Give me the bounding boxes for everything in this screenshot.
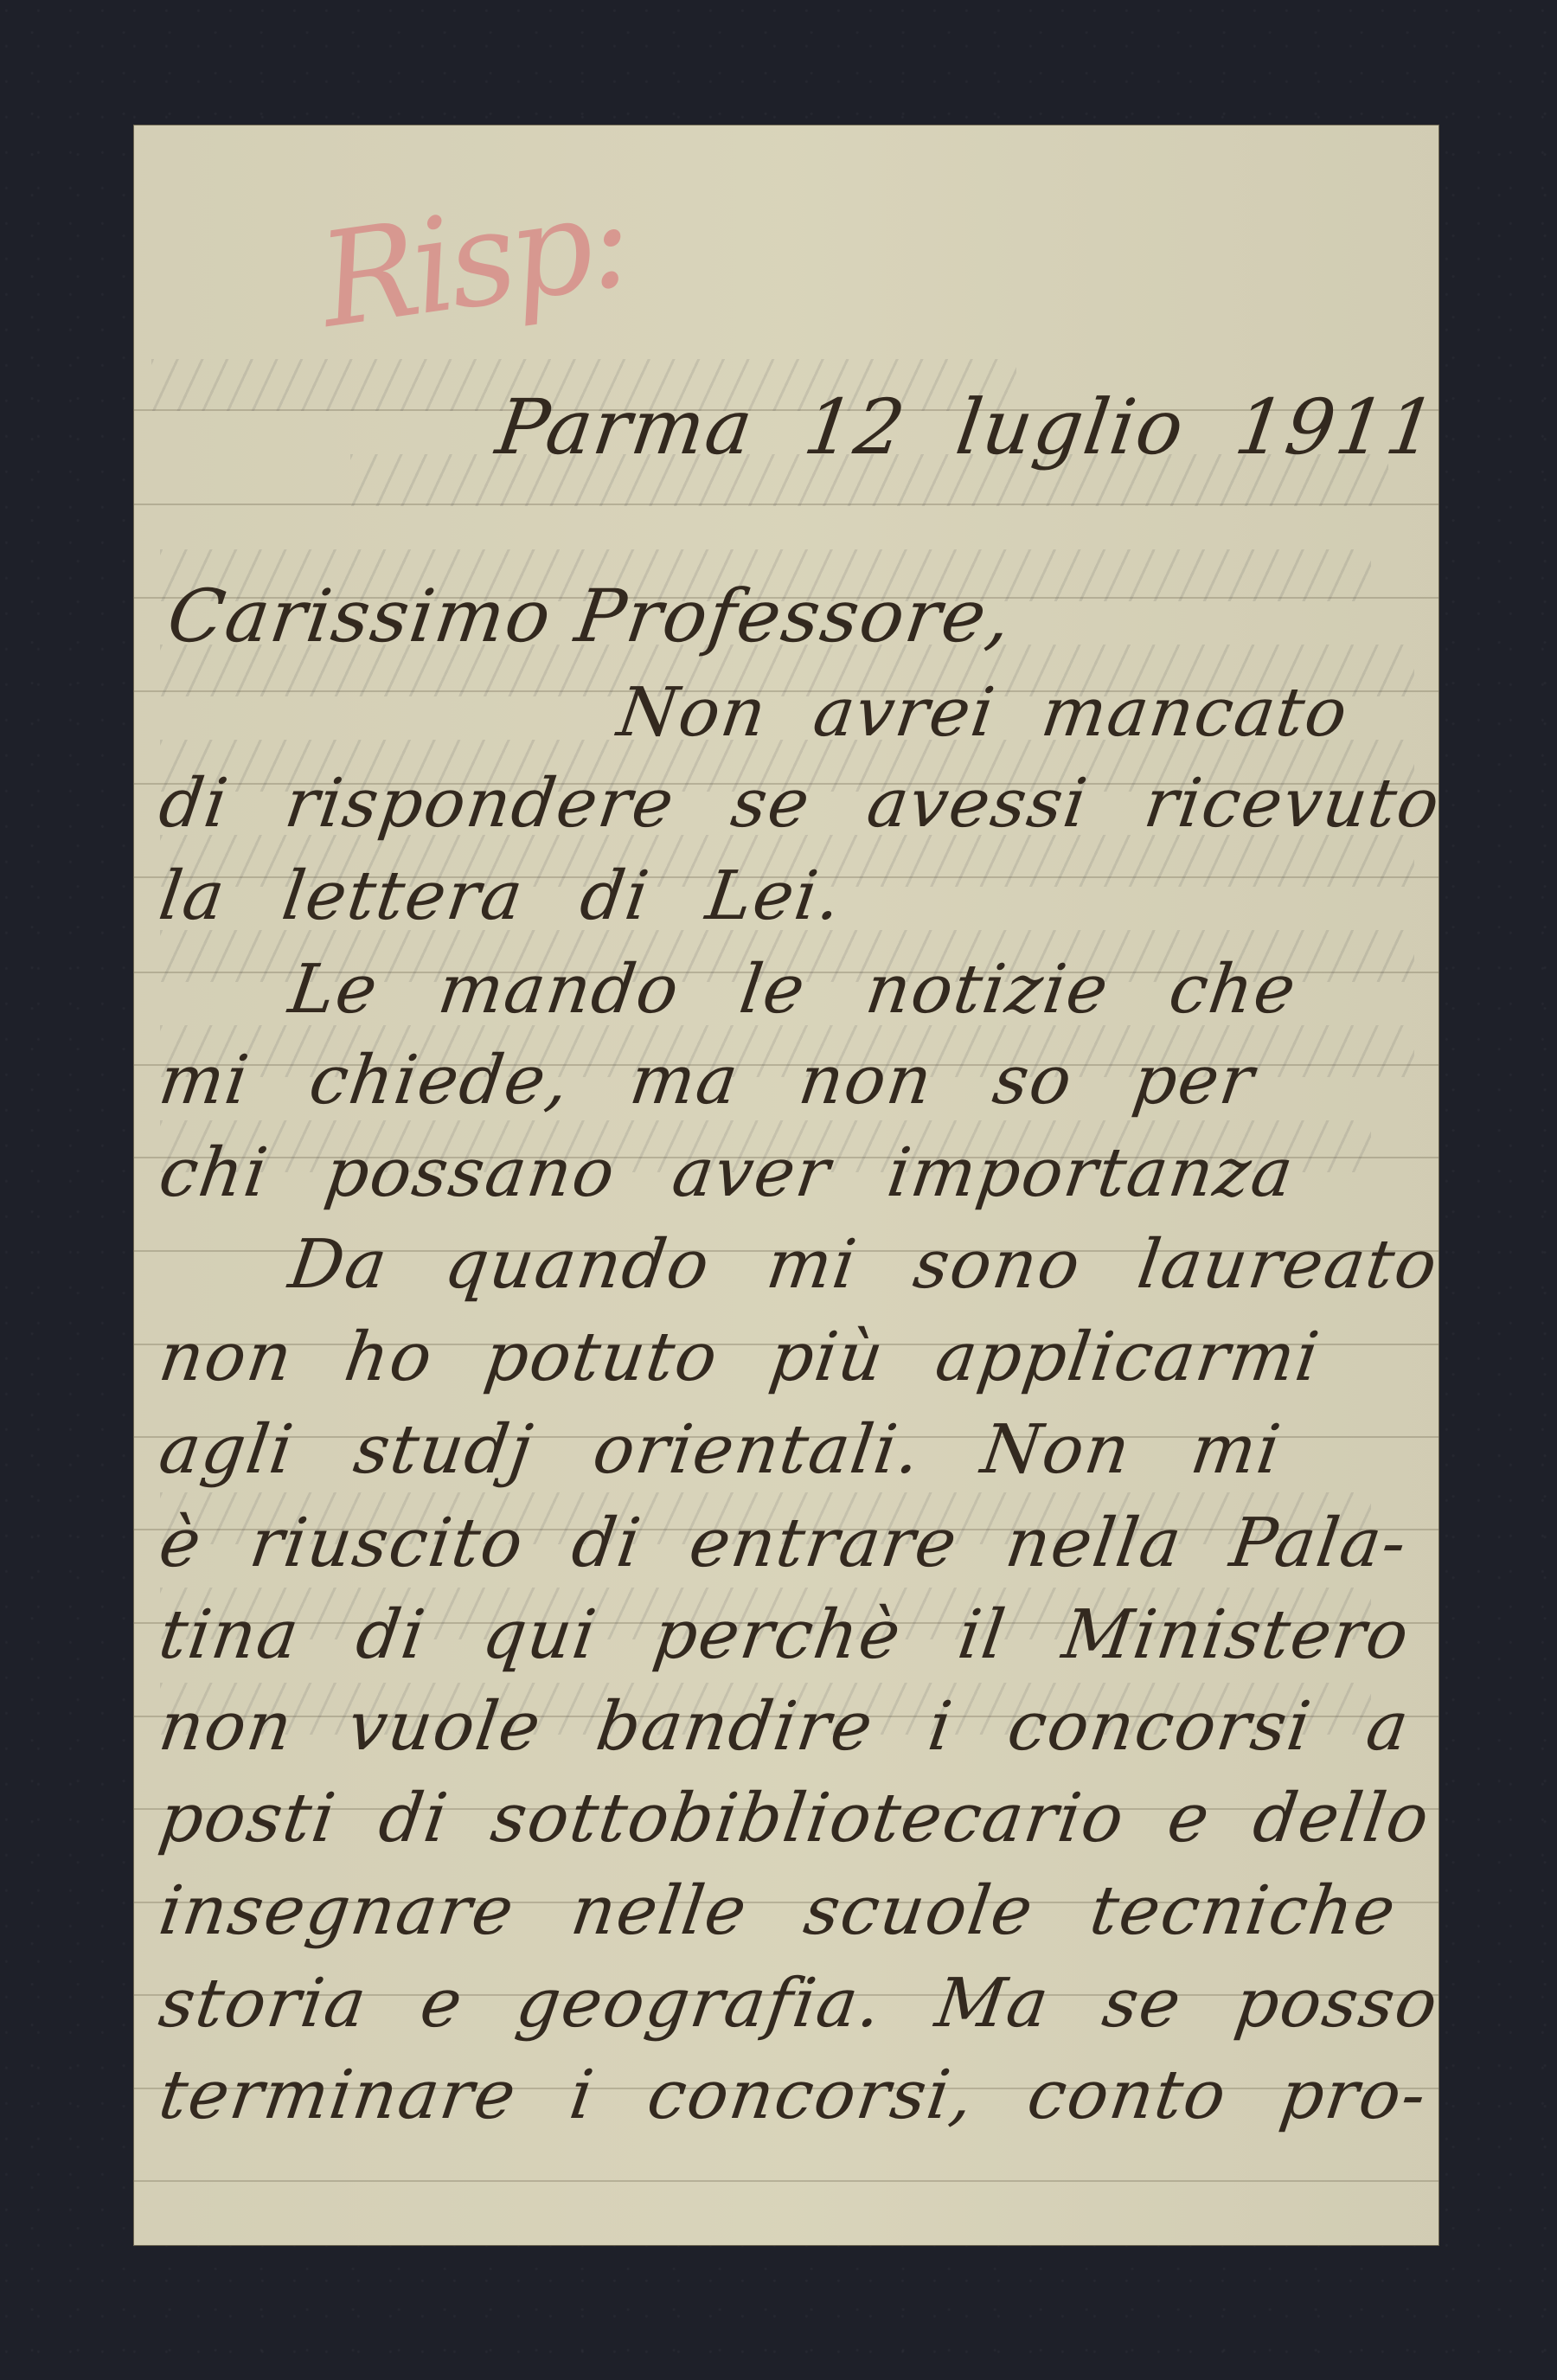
body-line: è riuscito di entrare nella Pala- xyxy=(156,1510,1412,1577)
body-line: insegnare nelle scuole tecniche xyxy=(156,1877,1401,1945)
body-line: di rispondere se avessi ricevuto xyxy=(156,770,1438,837)
place-date: Parma 12 luglio 1911 xyxy=(492,389,1438,465)
body-line: non vuole bandire i concorsi a xyxy=(156,1693,1414,1761)
body-line: Non avrei mancato xyxy=(614,679,1353,747)
body-line: Le mando le notizie che xyxy=(285,956,1302,1023)
body-line: agli studj orientali. Non mi xyxy=(156,1416,1286,1484)
body-line: mi chiede, ma non so per xyxy=(156,1047,1259,1114)
body-line: storia e geografia. Ma se posso xyxy=(156,1970,1438,2037)
body-line: la lettera di Lei. xyxy=(156,863,847,930)
body-line: chi possano aver importanza xyxy=(156,1139,1299,1207)
body-line: tina di qui perchè il Ministero xyxy=(156,1601,1414,1669)
ruled-line xyxy=(134,2180,1438,2182)
salutation: Carissimo Professore, xyxy=(163,580,1017,652)
body-line: non ho potuto più applicarmi xyxy=(156,1324,1324,1391)
body-line: terminare i concorsi, conto pro- xyxy=(156,2062,1432,2129)
red-pencil-annotation: Risp: xyxy=(311,165,636,357)
body-line: Da quando mi sono laureato xyxy=(285,1231,1438,1299)
letter-page: Risp: Parma 12 luglio 1911 Carissimo Pro… xyxy=(134,125,1438,2245)
ruled-line xyxy=(134,504,1438,505)
body-line: posti di sottobibliotecario e dello xyxy=(156,1785,1435,1852)
